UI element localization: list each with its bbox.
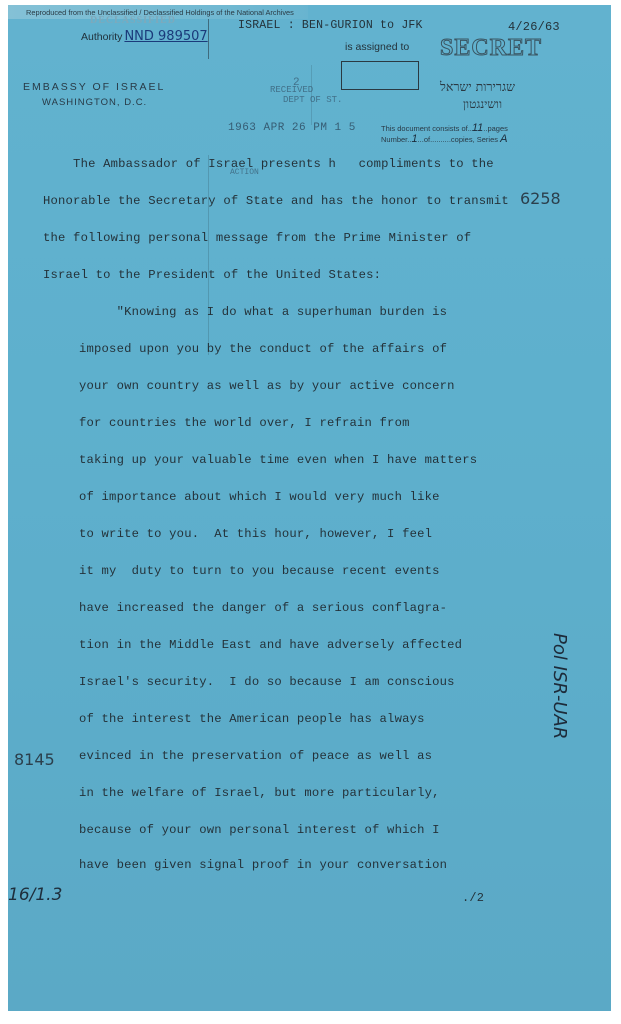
body-line: in the welfare of Israel, but more parti… <box>79 786 440 800</box>
doc-count-pages: 11 <box>472 122 483 134</box>
header-reference: ISRAEL : BEN-GURION to JFK <box>238 19 423 32</box>
classification-stamp: SECRET <box>440 35 542 62</box>
body-line: "Knowing as I do what a superhuman burde… <box>79 305 447 319</box>
letterhead-embassy: EMBASSY OF ISRAEL <box>23 81 165 93</box>
handwritten-file-code: Pol ISR-UAR <box>549 633 570 739</box>
file-number-right: 6258 <box>520 189 561 208</box>
document-count-stamp: This document consists of..11..pages Num… <box>381 123 508 145</box>
body-line: have increased the danger of a serious c… <box>79 601 447 615</box>
assigned-label: is assigned to <box>345 41 409 53</box>
date-stamp: 1963 APR 26 PM 1 5 <box>228 122 356 134</box>
hebrew-embassy: שגרירות ישראל <box>440 79 515 95</box>
received-dept: DEPT OF ST. <box>283 95 342 105</box>
authority-label: Authority <box>81 31 122 43</box>
authority-number: NND 989507 <box>124 29 207 44</box>
doc-count-text: This document consists of.. <box>381 124 472 133</box>
declassified-stamp: DECLASSIFIED <box>90 15 176 26</box>
body-line: the following personal message from the … <box>43 231 471 245</box>
hebrew-washington: וושינגטון <box>463 97 502 112</box>
handwritten-margin-note: 16/1.3 <box>8 885 62 905</box>
body-line: evinced in the preservation of peace as … <box>79 749 432 763</box>
header-divider <box>208 19 209 59</box>
body-line: Honorable the Secretary of State and has… <box>43 194 509 208</box>
received-stamp: RECEIVED <box>270 85 313 95</box>
document-page: Reproduced from the Unclassified / Decla… <box>8 5 611 1011</box>
body-line: of the interest the American people has … <box>79 712 425 726</box>
body-line: imposed upon you by the conduct of the a… <box>79 342 447 356</box>
assigned-box <box>341 61 419 90</box>
doc-copies-label: ...of..........copies, Series <box>418 135 498 144</box>
doc-number-label: Number.. <box>381 135 411 144</box>
body-line: taking up your valuable time even when I… <box>79 453 477 467</box>
body-line: for countries the world over, I refrain … <box>79 416 410 430</box>
file-number-left: 8145 <box>14 750 55 769</box>
fold-line <box>208 155 209 355</box>
doc-series: A <box>500 133 507 145</box>
continuation-marker: ./2 <box>462 891 484 905</box>
body-line: Israel to the President of the United St… <box>43 268 381 282</box>
body-line: your own country as well as by your acti… <box>79 379 455 393</box>
body-line: tion in the Middle East and have adverse… <box>79 638 462 652</box>
authority-line: AuthorityNND 989507 <box>81 29 208 44</box>
letterhead-city: WASHINGTON, D.C. <box>42 97 147 108</box>
body-line: to write to you. At this hour, however, … <box>79 527 432 541</box>
body-line: of importance about which I would very m… <box>79 490 440 504</box>
doc-count-pages-label: ..pages <box>483 124 508 133</box>
body-line: The Ambassador of Israel presents h comp… <box>43 157 494 171</box>
body-line: because of your own personal interest of… <box>79 823 440 837</box>
body-line: Israel's security. I do so because I am … <box>79 675 455 689</box>
body-line: it my duty to turn to you because recent… <box>79 564 440 578</box>
header-date: 4/26/63 <box>508 20 560 34</box>
body-line: have been given signal proof in your con… <box>79 858 447 872</box>
